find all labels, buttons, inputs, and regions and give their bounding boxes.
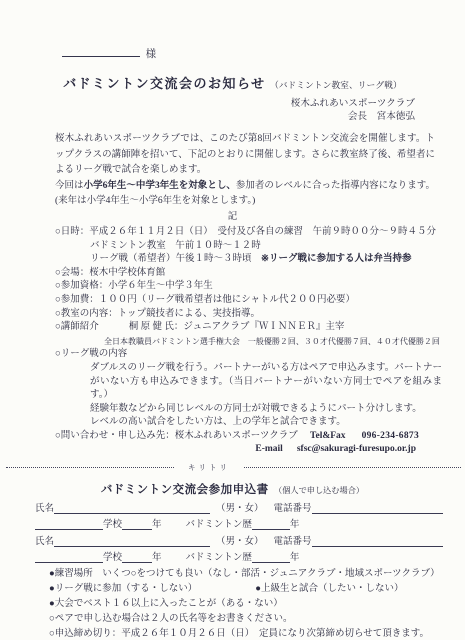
organization-block: 桜木ふれあいスポーツクラブ 会長 宮本徳弘 xyxy=(0,97,415,123)
badminton-history-label: バドミントン歴 xyxy=(186,549,252,563)
option-league-join: ●リーグ戦に参加（する・しない） xyxy=(49,582,197,597)
gender-label: （男・女） xyxy=(216,500,264,514)
email-address: sfsc@sakuragi-furesupo.or.jp xyxy=(297,443,416,457)
note-pair-application: ○ペアで申し込む場合は２人の氏名等をお書きください。 xyxy=(49,612,445,627)
recipient-name-blank xyxy=(62,46,140,57)
option-pair-row: ●リーグ戦に参加（する・しない） ●上級生と試合（したい・しない） xyxy=(49,582,445,597)
year-label: 年 xyxy=(152,549,162,563)
phone-field-blank xyxy=(312,536,443,547)
name-field-blank xyxy=(54,503,210,514)
instructor-gap xyxy=(99,321,129,335)
email-row: E-mail sfsc@sakuragi-furesupo.or.jp xyxy=(55,443,416,457)
grade-blank xyxy=(122,519,152,530)
notice-fee: ○参加費：１００円（リーグ戦希望者は他にシャトル代２００円必要） xyxy=(55,294,441,308)
gender-label: （男・女） xyxy=(216,533,264,547)
contact-row: ○問い合わせ・申し込み先：桜木ふれあいスポーツクラブ Tel&Fax 096-2… xyxy=(55,430,441,444)
intro-paragraph-1: 桜木ふれあいスポーツクラブでは、このたび第8回バドミントン交流会を開催します。ト… xyxy=(55,132,435,179)
notice-instructor: ○講師紹介 桐 原 健 氏：ジュニアクラブ『ＷＩＮＮＥＲ』主宰 xyxy=(55,321,441,335)
history-years-blank xyxy=(252,519,290,530)
page-title-note: （バドミントン教室、リーグ戦） xyxy=(270,80,402,90)
name-label: 氏名 xyxy=(35,533,54,547)
league-desc-2: 経験年数などから同じレベルの方同士が対戦できるようにパート分けします。 xyxy=(90,403,441,417)
year-label-2: 年 xyxy=(290,549,300,563)
school-label: 学校 xyxy=(103,549,122,563)
name-field-blank xyxy=(54,536,210,547)
notice-league-heading: ○リーグ戦の内容 xyxy=(55,348,441,362)
intro-paragraph-2: 今回は小学6年生～中学3年生を対象とし、参加者のレベルに合った指導内容になります… xyxy=(55,179,435,210)
league-time-text: リーグ戦（希望者）午後１時～３時頃 xyxy=(90,254,261,264)
league-desc-1: ダブルスのリーグ戦を行う。パートナーがいる方はペアで申込みます。パートナーがいな… xyxy=(90,362,442,403)
phone-label: 電話番号 xyxy=(274,500,312,514)
year-label-2: 年 xyxy=(290,516,300,530)
school-name-blank xyxy=(35,552,103,563)
history-years-blank xyxy=(252,552,290,563)
form-row-school-1: 学校 年 バドミントン歴 年 xyxy=(35,514,443,531)
note-deadline: ○申込締め切り：平成２６年１０月２６日（日） 定員になり次第締め切らせて頂きます… xyxy=(49,627,445,640)
form-options: ●練習場所 いくつ○をつけても良い（なし・部活・ジュニアクラブ・地域スポーツクラ… xyxy=(49,567,445,640)
form-row-school-2: 学校 年 バドミントン歴 年 xyxy=(35,547,443,564)
notice-eligibility: ○参加資格：小学６年生～中学３年生 xyxy=(55,280,441,294)
title-row: バドミントン交流会のお知らせ （バドミントン教室、リーグ戦） xyxy=(0,73,465,92)
intro-section: 桜木ふれあいスポーツクラブでは、このたび第8回バドミントン交流会を開催します。ト… xyxy=(55,132,435,210)
form-title-row: バドミントン交流会参加申込書 （個人で申し込む場合） xyxy=(0,481,465,497)
scanned-flyer-page: 様 バドミントン交流会のお知らせ （バドミントン教室、リーグ戦） 桜木ふれあいス… xyxy=(0,0,465,640)
notice-heading: 記 xyxy=(0,211,465,224)
email-label: E-mail xyxy=(255,443,282,457)
school-name-blank xyxy=(35,519,103,530)
recipient-suffix: 様 xyxy=(146,49,157,60)
form-title-note: （個人で申し込む場合） xyxy=(274,486,364,495)
notice-class-desc: ○教室の内容：トップ競技者による、実技指導。 xyxy=(55,308,441,322)
notice-datetime: ○日時：平成２６年１１月２日（日） 受付及び各自の練習 午前９時００分～９時４５… xyxy=(55,226,441,240)
page-title: バドミントン交流会のお知らせ xyxy=(63,76,265,91)
form-row-name-2: 氏名 （男・女） 電話番号 xyxy=(35,530,443,547)
year-label: 年 xyxy=(152,516,162,530)
organization-name: 桜木ふれあいスポーツクラブ xyxy=(0,97,415,110)
option-upper-grade: ●上級生と試合（したい・しない） xyxy=(255,582,403,597)
tel-fax-number: 096-234-6873 xyxy=(362,430,419,444)
phone-label: 電話番号 xyxy=(274,533,312,547)
phone-field-blank xyxy=(312,503,443,514)
grade-blank xyxy=(122,552,152,563)
league-desc-3: レベルの高い試合をしたい方は、上の学年と試合できます。 xyxy=(90,416,441,430)
recipient-line: 様 xyxy=(62,46,465,61)
notice-section: ○日時：平成２６年１１月２日（日） 受付及び各自の練習 午前９時００分～９時４５… xyxy=(55,226,441,457)
form-row-name-1: 氏名 （男・女） 電話番号 xyxy=(35,497,443,514)
notice-league-time: リーグ戦（希望者）午後１時～３時頃 ※リーグ戦に参加する人は弁当持参 xyxy=(90,253,441,267)
notice-class-time: バドミントン教室 午前１０時～１２時 xyxy=(90,240,441,254)
option-best16: ●大会でベスト１６以上に入ったことが（ある・ない） xyxy=(49,597,445,612)
name-label: 氏名 xyxy=(35,500,54,514)
cut-line-dashes-right xyxy=(244,467,461,468)
intro-p2-target-grades: 小学6年生～中学3年生を対象とし、 xyxy=(84,181,236,191)
tel-fax-label: Tel&Fax xyxy=(310,430,346,444)
cut-line-dashes-left xyxy=(6,467,174,468)
instructor-name: 桐 原 健 氏：ジュニアクラブ『ＷＩＮＮＥＲ』主宰 xyxy=(129,321,345,335)
organization-president: 会長 宮本徳弘 xyxy=(0,110,415,123)
intro-p2-lead: 今回は xyxy=(55,181,84,191)
form-title: バドミントン交流会参加申込書 xyxy=(101,484,269,496)
option-practice-place: ●練習場所 いくつ○をつけても良い（なし・部活・ジュニアクラブ・地域スポーツクラ… xyxy=(49,567,445,582)
cut-line-label: キリトリ xyxy=(174,462,244,473)
contact-text: ○問い合わせ・申し込み先：桜木ふれあいスポーツクラブ xyxy=(55,430,298,444)
instructor-achievement: 全日本教職員バドミントン選手権大会 一般優勝２回、３０才代優勝７回、４０才代優勝… xyxy=(104,335,441,349)
notice-venue: ○会場：桜木中学校体育館 xyxy=(55,267,441,281)
school-label: 学校 xyxy=(103,516,122,530)
cut-line: キリトリ xyxy=(6,462,461,473)
instructor-label: ○講師紹介 xyxy=(55,321,99,335)
league-lunch-note: ※リーグ戦に参加する人は弁当持参 xyxy=(261,254,411,264)
badminton-history-label: バドミントン歴 xyxy=(186,516,252,530)
